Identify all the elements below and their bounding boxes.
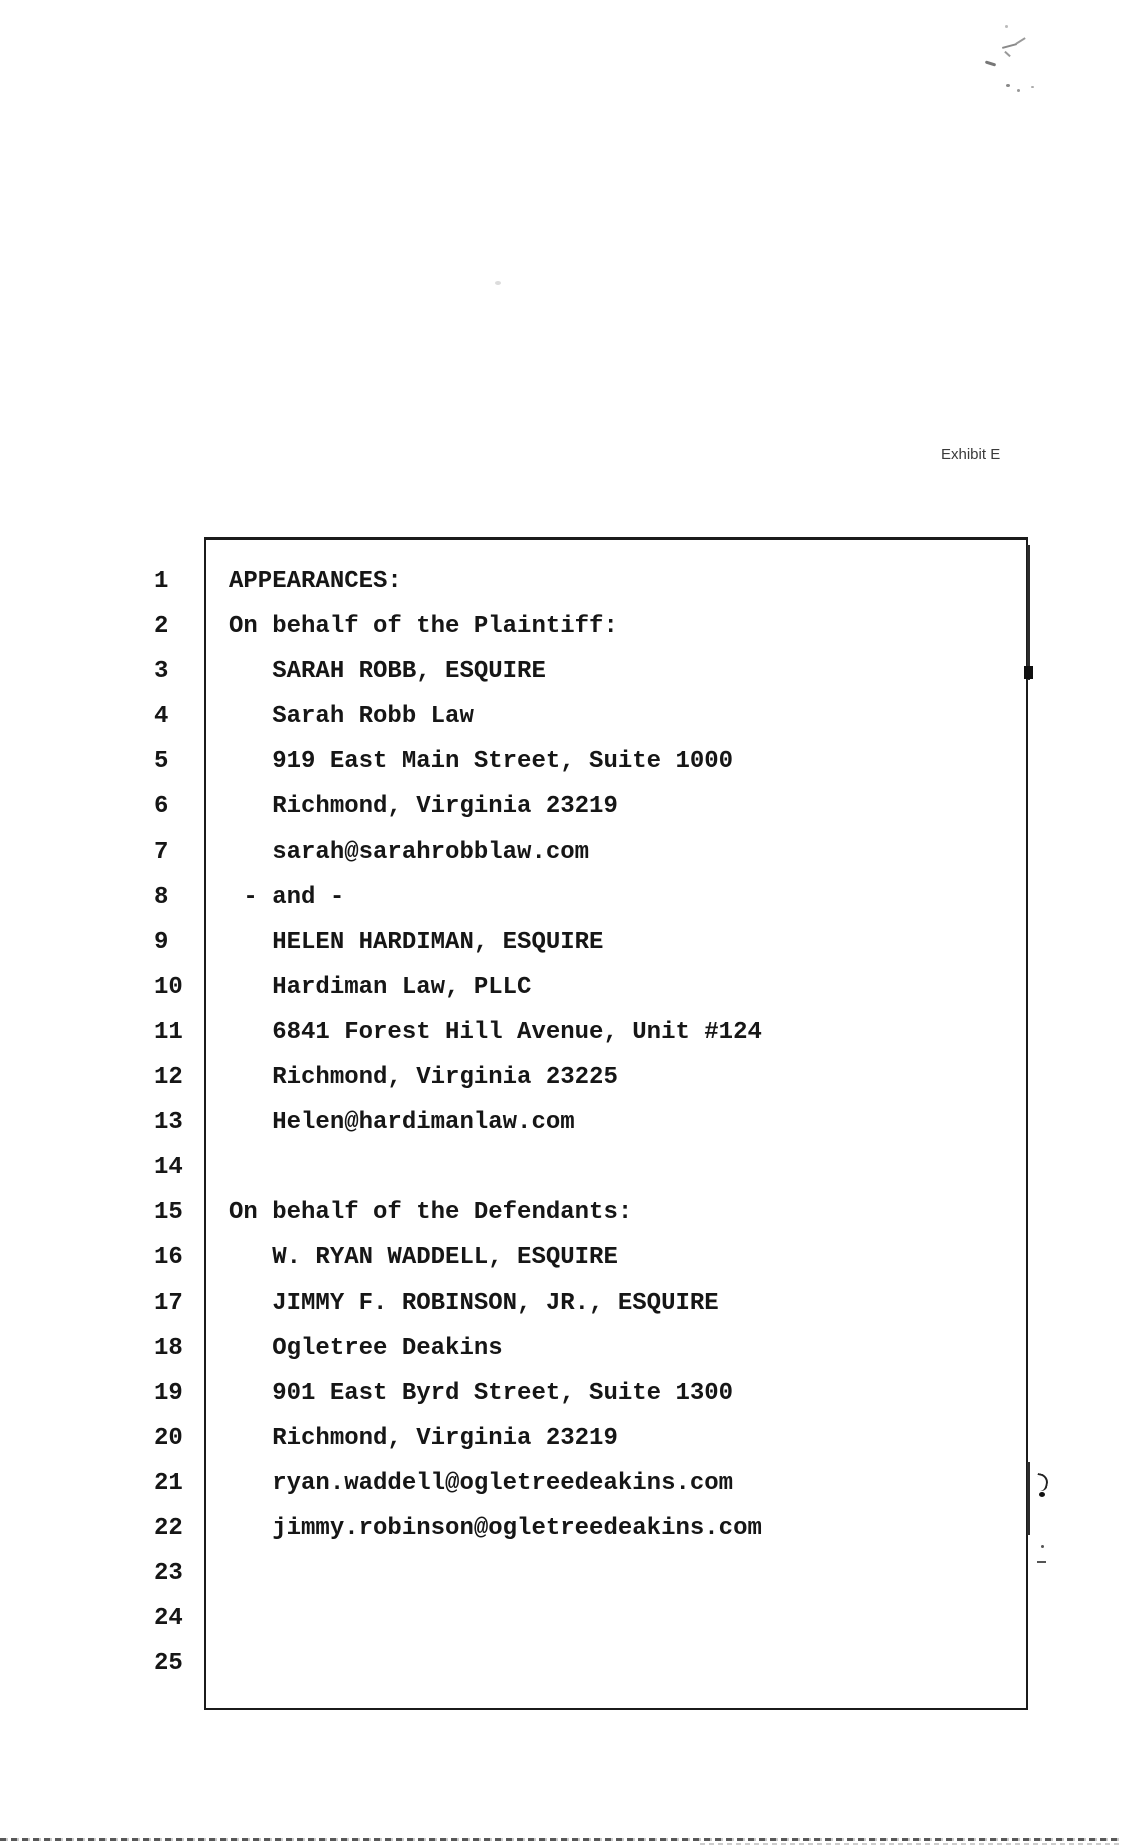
- transcript-line: 1 APPEARANCES:: [120, 559, 1060, 604]
- line-text: [205, 1145, 229, 1190]
- line-text: Hardiman Law, PLLC: [205, 965, 531, 1010]
- transcript-line: 12 Richmond, Virginia 23225: [120, 1055, 1060, 1100]
- scan-speck: [1037, 1561, 1046, 1563]
- scan-speck: [1005, 25, 1008, 28]
- line-number: 10: [120, 965, 205, 1010]
- scan-speck: [495, 281, 501, 285]
- line-text: 919 East Main Street, Suite 1000: [205, 739, 733, 784]
- transcript-line: 19 901 East Byrd Street, Suite 1300: [120, 1371, 1060, 1416]
- scanned-document-page: Exhibit E 1 APPEARANCES: 2 On behalf of …: [0, 0, 1122, 1848]
- ink-blob: [1024, 666, 1033, 679]
- transcript-line: 11 6841 Forest Hill Avenue, Unit #124: [120, 1010, 1060, 1055]
- line-number: 2: [120, 604, 205, 649]
- transcript-line: 22 jimmy.robinson@ogletreedeakins.com: [120, 1506, 1060, 1551]
- line-number: 9: [120, 920, 205, 965]
- line-number: 4: [120, 694, 205, 739]
- pencil-mark: [1004, 51, 1011, 57]
- transcript-line: 7 sarah@sarahrobblaw.com: [120, 830, 1060, 875]
- line-text: Richmond, Virginia 23225: [205, 1055, 618, 1100]
- transcript-line: 18 Ogletree Deakins: [120, 1326, 1060, 1371]
- transcript-line: 9 HELEN HARDIMAN, ESQUIRE: [120, 920, 1060, 965]
- transcript-line: 6 Richmond, Virginia 23219: [120, 784, 1060, 829]
- line-text: On behalf of the Defendants:: [205, 1190, 632, 1235]
- pen-squiggle: [1039, 1492, 1045, 1497]
- line-number: 13: [120, 1100, 205, 1145]
- transcript-line: 25: [120, 1641, 1060, 1686]
- transcript-line: 16 W. RYAN WADDELL, ESQUIRE: [120, 1235, 1060, 1280]
- line-text: - and -: [205, 875, 344, 920]
- scan-edge-line: [0, 1838, 1122, 1841]
- line-number: 19: [120, 1371, 205, 1416]
- line-number: 15: [120, 1190, 205, 1235]
- scan-speck: [1041, 1545, 1044, 1548]
- line-text: [205, 1596, 229, 1641]
- line-text: [205, 1551, 229, 1596]
- transcript-line: 5 919 East Main Street, Suite 1000: [120, 739, 1060, 784]
- line-number: 22: [120, 1506, 205, 1551]
- pencil-mark: [1002, 43, 1017, 49]
- line-number: 14: [120, 1145, 205, 1190]
- line-text: sarah@sarahrobblaw.com: [205, 830, 589, 875]
- line-text: ryan.waddell@ogletreedeakins.com: [205, 1461, 733, 1506]
- scan-border-smudge: [1027, 1462, 1030, 1535]
- exhibit-label: Exhibit E: [941, 446, 1000, 463]
- line-number: 23: [120, 1551, 205, 1596]
- line-number: 11: [120, 1010, 205, 1055]
- line-text: APPEARANCES:: [205, 559, 402, 604]
- scan-speck: [1017, 89, 1020, 92]
- transcript-line: 10 Hardiman Law, PLLC: [120, 965, 1060, 1010]
- line-number: 5: [120, 739, 205, 784]
- transcript-line: 14: [120, 1145, 1060, 1190]
- transcript-line: 24: [120, 1596, 1060, 1641]
- line-number: 6: [120, 784, 205, 829]
- line-text: On behalf of the Plaintiff:: [205, 604, 618, 649]
- line-number: 20: [120, 1416, 205, 1461]
- line-text: Richmond, Virginia 23219: [205, 784, 618, 829]
- transcript-line: 13 Helen@hardimanlaw.com: [120, 1100, 1060, 1145]
- line-text: Ogletree Deakins: [205, 1326, 503, 1371]
- transcript-line: 8 - and -: [120, 875, 1060, 920]
- line-text: SARAH ROBB, ESQUIRE: [205, 649, 546, 694]
- line-number: 18: [120, 1326, 205, 1371]
- transcript-line: 4 Sarah Robb Law: [120, 694, 1060, 739]
- line-text: Helen@hardimanlaw.com: [205, 1100, 575, 1145]
- line-text: HELEN HARDIMAN, ESQUIRE: [205, 920, 603, 965]
- transcript-line: 3 SARAH ROBB, ESQUIRE: [120, 649, 1060, 694]
- transcript-line: 15 On behalf of the Defendants:: [120, 1190, 1060, 1235]
- line-text: jimmy.robinson@ogletreedeakins.com: [205, 1506, 762, 1551]
- line-text: [205, 1641, 229, 1686]
- transcript-line: 20 Richmond, Virginia 23219: [120, 1416, 1060, 1461]
- scan-speck: [1006, 84, 1010, 87]
- transcript-lines: 1 APPEARANCES: 2 On behalf of the Plaint…: [120, 559, 1060, 1686]
- line-number: 3: [120, 649, 205, 694]
- line-text: JIMMY F. ROBINSON, JR., ESQUIRE: [205, 1281, 719, 1326]
- line-number: 16: [120, 1235, 205, 1280]
- transcript-line: 2 On behalf of the Plaintiff:: [120, 604, 1060, 649]
- line-number: 12: [120, 1055, 205, 1100]
- line-number: 25: [120, 1641, 205, 1686]
- scan-border-smudge: [1027, 545, 1030, 680]
- line-text: Sarah Robb Law: [205, 694, 474, 739]
- transcript-line: 17 JIMMY F. ROBINSON, JR., ESQUIRE: [120, 1281, 1060, 1326]
- line-number: 1: [120, 559, 205, 604]
- transcript-line: 21 ryan.waddell@ogletreedeakins.com: [120, 1461, 1060, 1506]
- line-number: 24: [120, 1596, 205, 1641]
- line-text: 901 East Byrd Street, Suite 1300: [205, 1371, 733, 1416]
- transcript-line: 23: [120, 1551, 1060, 1596]
- line-number: 8: [120, 875, 205, 920]
- scan-speck: [1031, 86, 1034, 88]
- line-number: 21: [120, 1461, 205, 1506]
- line-text: W. RYAN WADDELL, ESQUIRE: [205, 1235, 618, 1280]
- line-number: 17: [120, 1281, 205, 1326]
- line-text: Richmond, Virginia 23219: [205, 1416, 618, 1461]
- line-text: 6841 Forest Hill Avenue, Unit #124: [205, 1010, 762, 1055]
- pencil-mark: [985, 60, 996, 66]
- line-number: 7: [120, 830, 205, 875]
- scan-edge-line: [700, 1843, 1122, 1845]
- pencil-mark: [1015, 37, 1025, 45]
